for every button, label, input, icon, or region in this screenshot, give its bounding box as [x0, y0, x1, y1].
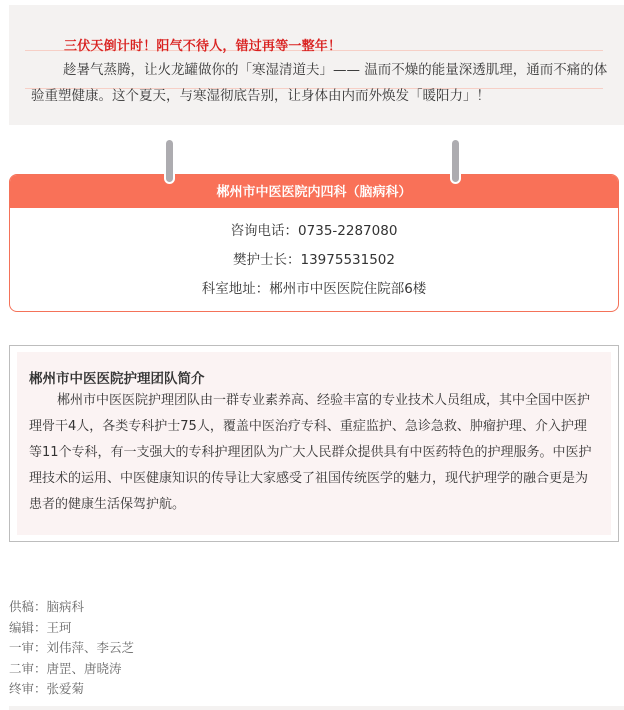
promo-headline: 三伏天倒计时！阳气不待人，错过再等一整年！: [64, 35, 341, 54]
credit-second-review: 二审：唐罡、唐晓涛: [9, 659, 134, 680]
team-intro-box: 郴州市中医医院护理团队简介 郴州市中医医院护理团队由一群专业素养高、经验丰富的专…: [9, 345, 619, 542]
credit-first-review: 一审：刘伟萍、李云芝: [9, 638, 134, 659]
credit-final-review: 终审：张爱菊: [9, 679, 134, 700]
credit-editor: 编辑：王珂: [9, 618, 134, 639]
team-intro-panel: 郴州市中医医院护理团队简介 郴州市中医医院护理团队由一群专业素养高、经验丰富的专…: [17, 352, 611, 535]
contact-card: 郴州市中医医院内四科（脑病科） 咨询电话：0735-2287080 樊护士长：1…: [9, 174, 619, 312]
contact-card-title: 郴州市中医医院内四科（脑病科）: [10, 175, 618, 208]
team-intro-text: 郴州市中医医院护理团队由一群专业素养高、经验丰富的专业技术人员组成，其中全国中医…: [29, 388, 599, 518]
credit-source: 供稿：脑病科: [9, 597, 134, 618]
binder-ring-icon: [450, 138, 461, 184]
head-nurse-line: 樊护士长：13975531502: [10, 246, 618, 275]
promo-body: 趁暑气蒸腾，让火龙罐做你的「寒湿清道夫」—— 温而不燥的能量深透肌理，通而不痛的…: [31, 57, 611, 109]
bottom-bar: [9, 706, 624, 710]
binder-ring-icon: [164, 138, 175, 184]
contact-info: 咨询电话：0735-2287080 樊护士长：13975531502 科室地址：…: [10, 208, 618, 304]
address-line: 科室地址：郴州市中医医院住院部6楼: [10, 275, 618, 304]
promo-banner: 三伏天倒计时！阳气不待人，错过再等一整年！ 趁暑气蒸腾，让火龙罐做你的「寒湿清道…: [9, 5, 624, 125]
team-intro-title: 郴州市中医医院护理团队简介: [29, 367, 205, 387]
credits: 供稿：脑病科 编辑：王珂 一审：刘伟萍、李云芝 二审：唐罡、唐晓涛 终审：张爱菊: [9, 597, 134, 700]
phone-line: 咨询电话：0735-2287080: [10, 217, 618, 246]
